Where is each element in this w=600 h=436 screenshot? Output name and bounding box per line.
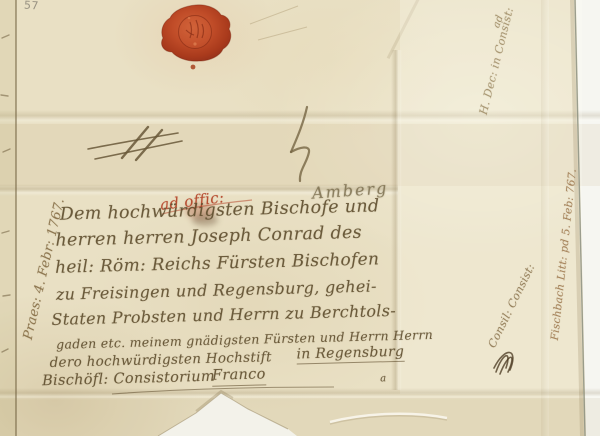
address-line: Dem hochwürdigsten Bischofe und — [60, 197, 380, 225]
destination-note: in Regensburg — [296, 345, 404, 365]
franco-note: Franco — [212, 367, 266, 386]
address-block: Dem hochwürdigsten Bischofe und herren h… — [37, 188, 442, 408]
address-line: Staten Probsten und Herrn zu Berchtols- — [51, 302, 396, 329]
corner-mark: a — [380, 373, 387, 384]
address-line: zu Freisingen und Regensburg, gehei- — [56, 277, 377, 303]
pencil-number: 57 — [24, 0, 39, 13]
address-line: heil: Röm: Reichs Fürsten Bischofen — [55, 250, 380, 277]
letter-scan-photo: 57 Amberg ad offic: Dem hochwürdigsten B… — [0, 0, 600, 436]
address-line: herren herren Joseph Conrad des — [55, 224, 362, 251]
consistory-line: Bischöfl: Consistorium — [42, 370, 215, 390]
